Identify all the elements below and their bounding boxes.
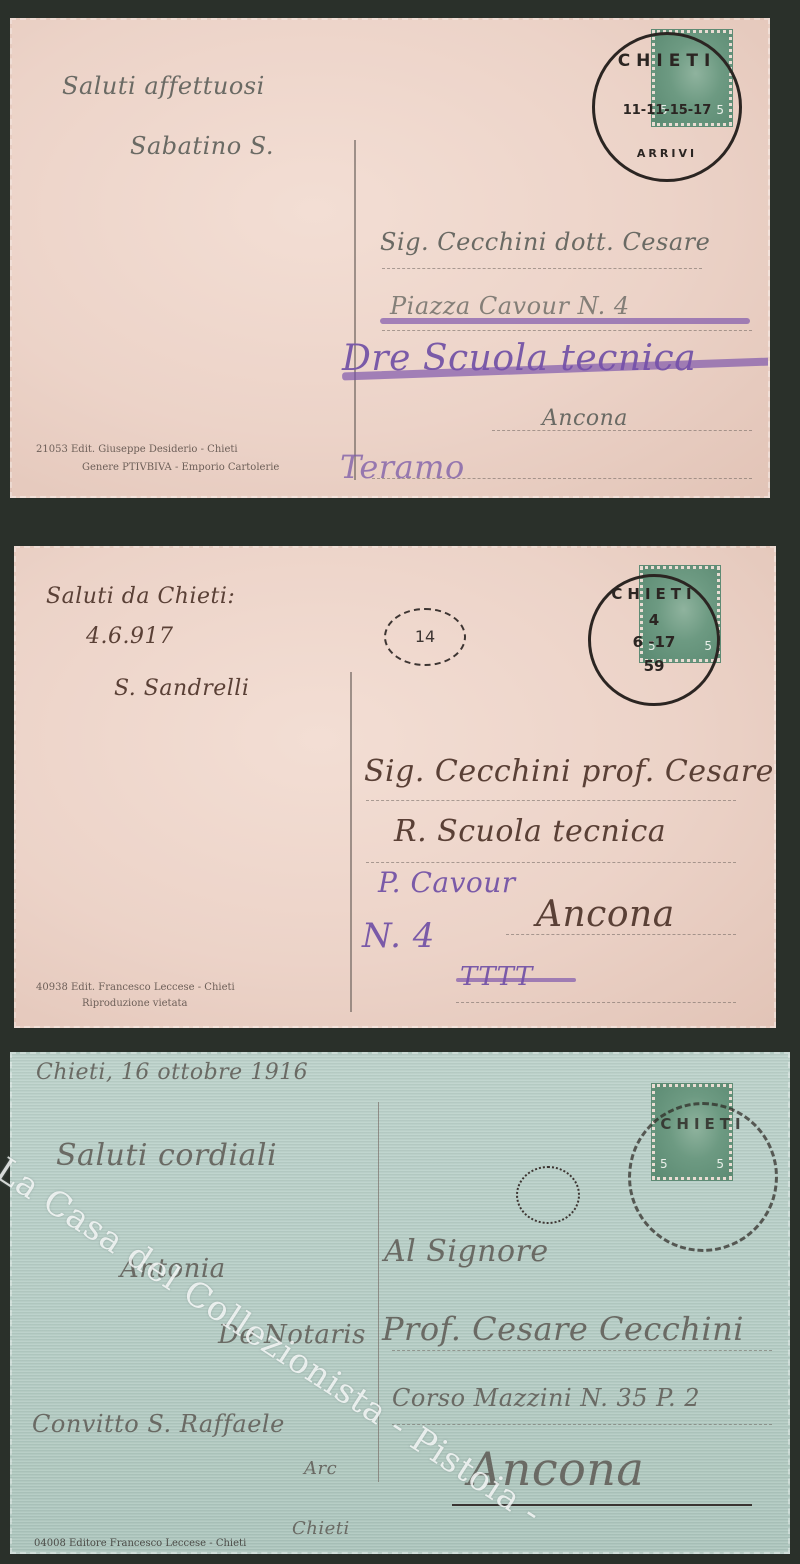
publisher-line: 21053 Edit. Giuseppe Desiderio - Chieti — [36, 444, 238, 455]
address-city: Ancona — [542, 406, 628, 431]
signature: S. Sandrelli — [114, 676, 249, 701]
address-line: Prof. Cesare Cecchini — [382, 1310, 744, 1348]
publisher-line: 40938 Edit. Francesco Leccese - Chieti — [36, 982, 235, 993]
card-divider-line — [354, 140, 356, 480]
signature: Convitto S. Raffaele — [32, 1410, 285, 1438]
message-line: Arc — [304, 1458, 337, 1479]
address-line-rule — [392, 1350, 772, 1351]
address-line-rule — [366, 862, 736, 863]
card-divider-line — [378, 1102, 379, 1482]
signature: Sabatino S. — [130, 132, 274, 160]
postcard-1: Saluti affettuosi Sabatino S. Sig. Cecch… — [10, 18, 770, 498]
address-line-rule — [366, 800, 736, 801]
address-line: Sig. Cecchini prof. Cesare — [364, 754, 774, 789]
postcard-3: Chieti, 16 ottobre 1916 Saluti cordiali … — [10, 1052, 790, 1554]
postmark-type: ARRIVI — [595, 147, 739, 160]
address-line: Corso Mazzini N. 35 P. 2 — [392, 1384, 700, 1412]
message-date: Chieti, 16 ottobre 1916 — [36, 1060, 308, 1085]
redirect-note: TTTT — [460, 962, 533, 992]
strikethrough-mark — [380, 318, 750, 324]
postcard-2: Saluti da Chieti: 4.6.917 S. Sandrelli 1… — [14, 546, 776, 1028]
message-line: Chieti — [292, 1518, 350, 1539]
postmark: CHIETI — [628, 1102, 778, 1252]
address-line-rule — [392, 1424, 772, 1425]
postmark-date: 59 — [591, 657, 717, 675]
redirect-note: Teramo — [340, 448, 465, 486]
address-city: Ancona — [536, 894, 675, 935]
redirect-note: P. Cavour — [378, 866, 516, 899]
postmark-date: 4 — [591, 611, 717, 629]
message-line: Saluti da Chieti: — [46, 584, 235, 609]
postmark-city: CHIETI — [595, 51, 739, 71]
address-city: Ancona — [468, 1442, 644, 1496]
postmark: CHIETI 11-11-15-17 ARRIVI — [592, 32, 742, 182]
message-line: Saluti affettuosi — [62, 72, 265, 100]
address-line-rule — [382, 268, 702, 269]
address-line: R. Scuola tecnica — [394, 814, 666, 849]
strikethrough-mark — [456, 978, 576, 982]
postmark-city: CHIETI — [631, 1115, 775, 1133]
postmark-date: 11-11-15-17 — [595, 103, 739, 118]
message-line: Antonia — [120, 1254, 226, 1284]
arrival-mark: 14 — [384, 608, 466, 666]
address-line-rule — [452, 1504, 752, 1506]
message-date: 4.6.917 — [86, 624, 173, 649]
publisher-line: Genere PTIVBIVA - Emporio Cartolerie — [82, 462, 279, 473]
postmark-date: 6 -17 — [591, 633, 717, 651]
card-divider-line — [350, 672, 352, 1012]
message-line: De Notaris — [218, 1320, 366, 1350]
address-line-rule — [456, 1002, 736, 1003]
arrival-mark — [516, 1166, 580, 1224]
postmark: CHIETI 4 6 -17 59 — [588, 574, 720, 706]
address-line: Al Signore — [384, 1234, 549, 1269]
address-line: Sig. Cecchini dott. Cesare — [380, 228, 710, 256]
publisher-line: Riproduzione vietata — [82, 998, 188, 1009]
publisher-line: 04008 Editore Francesco Leccese - Chieti — [34, 1538, 246, 1549]
address-line-struck: Piazza Cavour N. 4 — [390, 292, 630, 320]
redirect-note: N. 4 — [362, 916, 435, 956]
address-line-rule — [382, 330, 752, 331]
message-line: Saluti cordiali — [56, 1138, 277, 1173]
postmark-city: CHIETI — [591, 585, 717, 603]
